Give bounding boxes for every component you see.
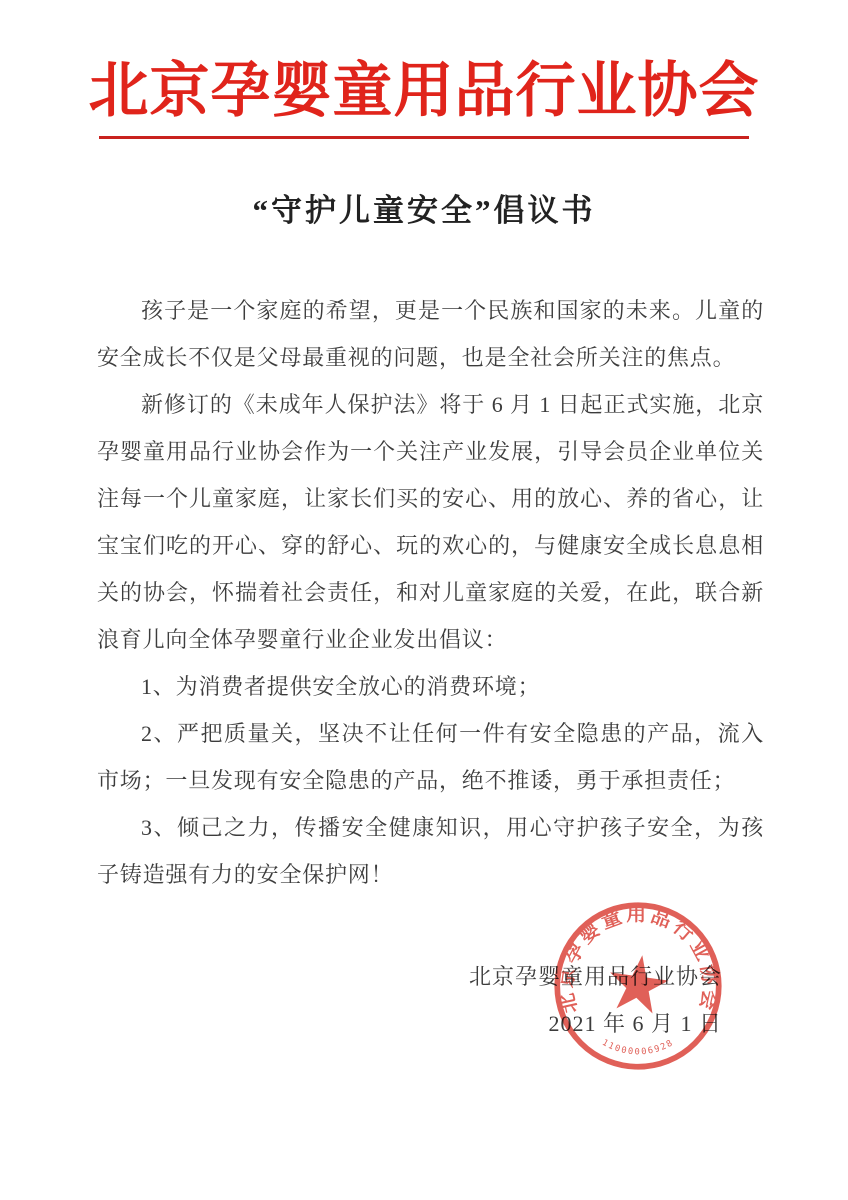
signature-block: 北京孕婴童用品行业协会 2021 年 6 月 1 日 (469, 953, 722, 1047)
document-title: “守护儿童安全”倡议书 (0, 191, 848, 231)
body-paragraph-item-3: 3、倾己之力，传播安全健康知识，用心守护孩子安全，为孩子铸造强有力的安全保护网！ (97, 804, 764, 898)
document-body: 孩子是一个家庭的希望，更是一个民族和国家的未来。儿童的安全成长不仅是父母最重视的… (0, 287, 848, 898)
signature-date: 2021 年 6 月 1 日 (469, 1000, 722, 1047)
document-page: 北京孕婴童用品行业协会 “守护儿童安全”倡议书 孩子是一个家庭的希望，更是一个民… (0, 0, 848, 1200)
letterhead: 北京孕婴童用品行业协会 (0, 0, 848, 139)
letterhead-org-name: 北京孕婴童用品行业协会 (0, 48, 848, 134)
body-paragraph-item-2: 2、严把质量关，坚决不让任何一件有安全隐患的产品，流入市场；一旦发现有安全隐患的… (97, 710, 764, 804)
body-paragraph-intro: 孩子是一个家庭的希望，更是一个民族和国家的未来。儿童的安全成长不仅是父母最重视的… (97, 287, 764, 381)
signature-org-name: 北京孕婴童用品行业协会 (469, 953, 722, 1000)
letterhead-divider (99, 136, 749, 139)
body-paragraph-background: 新修订的《未成年人保护法》将于 6 月 1 日起正式实施，北京孕婴童用品行业协会… (97, 381, 764, 663)
body-paragraph-item-1: 1、为消费者提供安全放心的消费环境； (97, 663, 764, 710)
